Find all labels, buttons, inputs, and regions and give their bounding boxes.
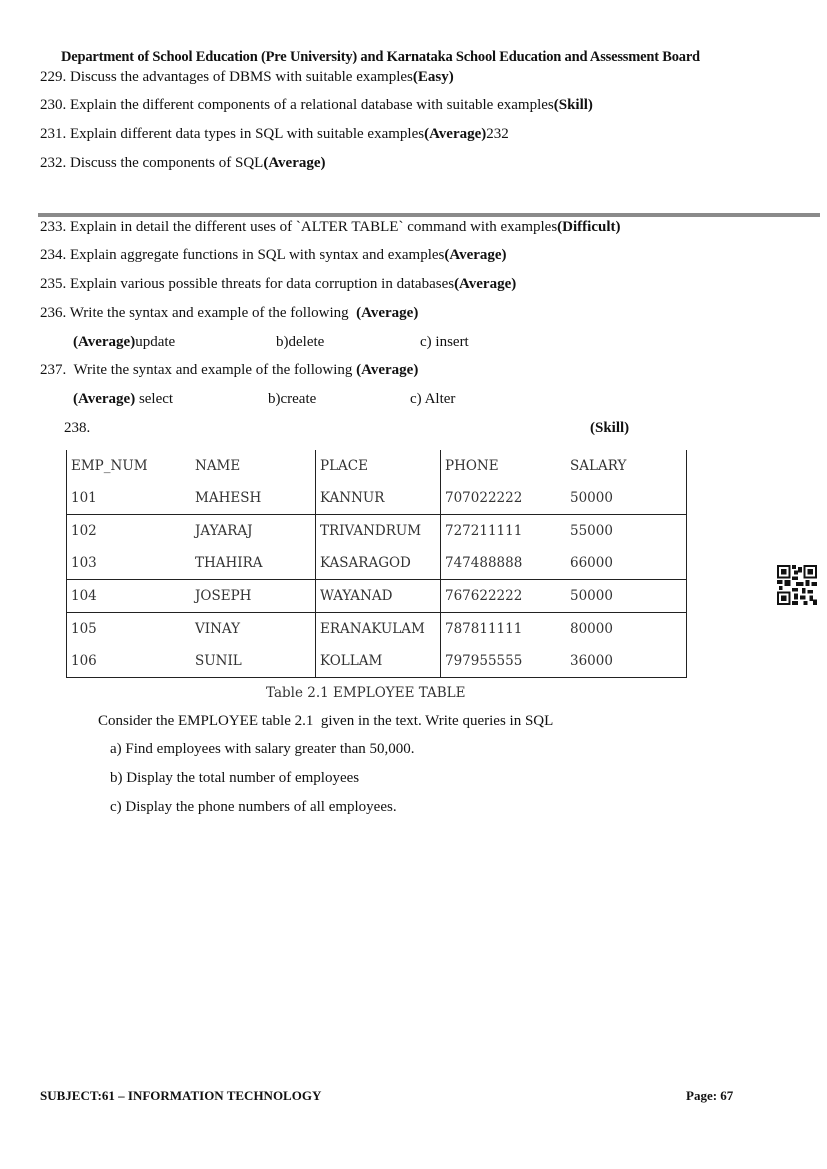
question-suffix: 232	[486, 126, 509, 142]
question-234: 234. Explain aggregate functions in SQL …	[40, 247, 507, 264]
question-231: 231. Explain different data types in SQL…	[40, 126, 509, 143]
footer-page-number: Page: 67	[686, 1088, 733, 1104]
cell: VINAY	[191, 613, 316, 646]
cell: THAHIRA	[191, 547, 316, 580]
question-229: 229. Discuss the advantages of DBMS with…	[40, 69, 454, 86]
page-header: Department of School Education (Pre Univ…	[61, 49, 700, 66]
difficulty-label: (Average)	[263, 155, 325, 171]
question-text: 234. Explain aggregate functions in SQL …	[40, 247, 444, 263]
table-caption: Table 2.1 EMPLOYEE TABLE	[266, 685, 465, 701]
cell: JAYARAJ	[191, 515, 316, 548]
table-row: 104 JOSEPH WAYANAD 767622222 50000	[67, 580, 687, 613]
table-row: 103 THAHIRA KASARAGOD 747488888 66000	[67, 547, 687, 580]
question-237: 237. Write the syntax and example of the…	[40, 362, 418, 379]
cell: 707022222	[441, 482, 567, 515]
table-row: 105 VINAY ERANAKULAM 787811111 80000	[67, 613, 687, 646]
difficulty-label: (Average)	[73, 334, 135, 350]
q237-option-a: (Average) select	[73, 391, 173, 408]
difficulty-label: (Skill)	[554, 97, 593, 113]
difficulty-label: (Average)	[73, 391, 135, 407]
cell: KANNUR	[316, 482, 441, 515]
sub-question-b: b) Display the total number of employees	[110, 770, 359, 787]
cell: 50000	[566, 580, 687, 613]
question-text: 230. Explain the different components of…	[40, 97, 554, 113]
difficulty-label: (Easy)	[413, 69, 454, 85]
q236-option-c: c) insert	[420, 334, 469, 351]
question-238-number: 238.	[64, 420, 90, 437]
table-row: 102 JAYARAJ TRIVANDRUM 727211111 55000	[67, 515, 687, 548]
question-235: 235. Explain various possible threats fo…	[40, 276, 516, 293]
q236-option-a: (Average)update	[73, 334, 175, 351]
question-233: 233. Explain in detail the different use…	[40, 219, 620, 236]
cell: WAYANAD	[316, 580, 441, 613]
cell: 36000	[566, 645, 687, 678]
question-text: 237. Write the syntax and example of the…	[40, 362, 356, 378]
cell: JOSEPH	[191, 580, 316, 613]
column-header: EMP_NUM	[67, 450, 192, 482]
question-text: 232. Discuss the components of SQL	[40, 155, 263, 171]
cell: 787811111	[441, 613, 567, 646]
question-text: 233. Explain in detail the different use…	[40, 219, 557, 235]
q236-option-b: b)delete	[276, 334, 324, 351]
question-text: 229. Discuss the advantages of DBMS with…	[40, 69, 413, 85]
cell: 101	[67, 482, 192, 515]
employee-table: EMP_NUM NAME PLACE PHONE SALARY 101 MAHE…	[66, 450, 687, 678]
cell: 55000	[566, 515, 687, 548]
option-text: update	[135, 334, 175, 350]
sub-question-a: a) Find employees with salary greater th…	[110, 741, 415, 758]
cell: KOLLAM	[316, 645, 441, 678]
cell: 747488888	[441, 547, 567, 580]
table-row: 101 MAHESH KANNUR 707022222 50000	[67, 482, 687, 515]
cell: TRIVANDRUM	[316, 515, 441, 548]
question-text: 231. Explain different data types in SQL…	[40, 126, 424, 142]
cell: 797955555	[441, 645, 567, 678]
cell: 80000	[566, 613, 687, 646]
difficulty-label: (Average)	[356, 362, 418, 378]
cell: MAHESH	[191, 482, 316, 515]
table-header-row: EMP_NUM NAME PLACE PHONE SALARY	[67, 450, 687, 482]
qr-code-icon	[777, 565, 817, 605]
q237-option-b: b)create	[268, 391, 316, 408]
table-row: 106 SUNIL KOLLAM 797955555 36000	[67, 645, 687, 678]
difficulty-label: (Difficult)	[557, 219, 620, 235]
difficulty-label: (Average)	[454, 276, 516, 292]
column-header: NAME	[191, 450, 316, 482]
question-text: 235. Explain various possible threats fo…	[40, 276, 454, 292]
column-header: SALARY	[566, 450, 687, 482]
section-divider	[38, 213, 820, 217]
cell: 103	[67, 547, 192, 580]
option-text: select	[135, 391, 173, 407]
difficulty-label: (Average)	[356, 305, 418, 321]
cell: 50000	[566, 482, 687, 515]
cell: 102	[67, 515, 192, 548]
column-header: PLACE	[316, 450, 441, 482]
difficulty-label: (Average)	[424, 126, 486, 142]
cell: ERANAKULAM	[316, 613, 441, 646]
question-230: 230. Explain the different components of…	[40, 97, 593, 114]
difficulty-label: (Average)	[444, 247, 506, 263]
cell: 105	[67, 613, 192, 646]
cell: 767622222	[441, 580, 567, 613]
question-236: 236. Write the syntax and example of the…	[40, 305, 418, 322]
question-text: 236. Write the syntax and example of the…	[40, 305, 356, 321]
cell: 104	[67, 580, 192, 613]
cell: 106	[67, 645, 192, 678]
footer-subject: SUBJECT:61 – INFORMATION TECHNOLOGY	[40, 1088, 321, 1104]
instruction-text: Consider the EMPLOYEE table 2.1 given in…	[98, 713, 553, 730]
cell: KASARAGOD	[316, 547, 441, 580]
cell: 727211111	[441, 515, 567, 548]
column-header: PHONE	[441, 450, 567, 482]
cell: SUNIL	[191, 645, 316, 678]
cell: 66000	[566, 547, 687, 580]
question-238-level: (Skill)	[590, 420, 629, 437]
q237-option-c: c) Alter	[410, 391, 455, 408]
question-232: 232. Discuss the components of SQL(Avera…	[40, 155, 326, 172]
sub-question-c: c) Display the phone numbers of all empl…	[110, 799, 397, 816]
